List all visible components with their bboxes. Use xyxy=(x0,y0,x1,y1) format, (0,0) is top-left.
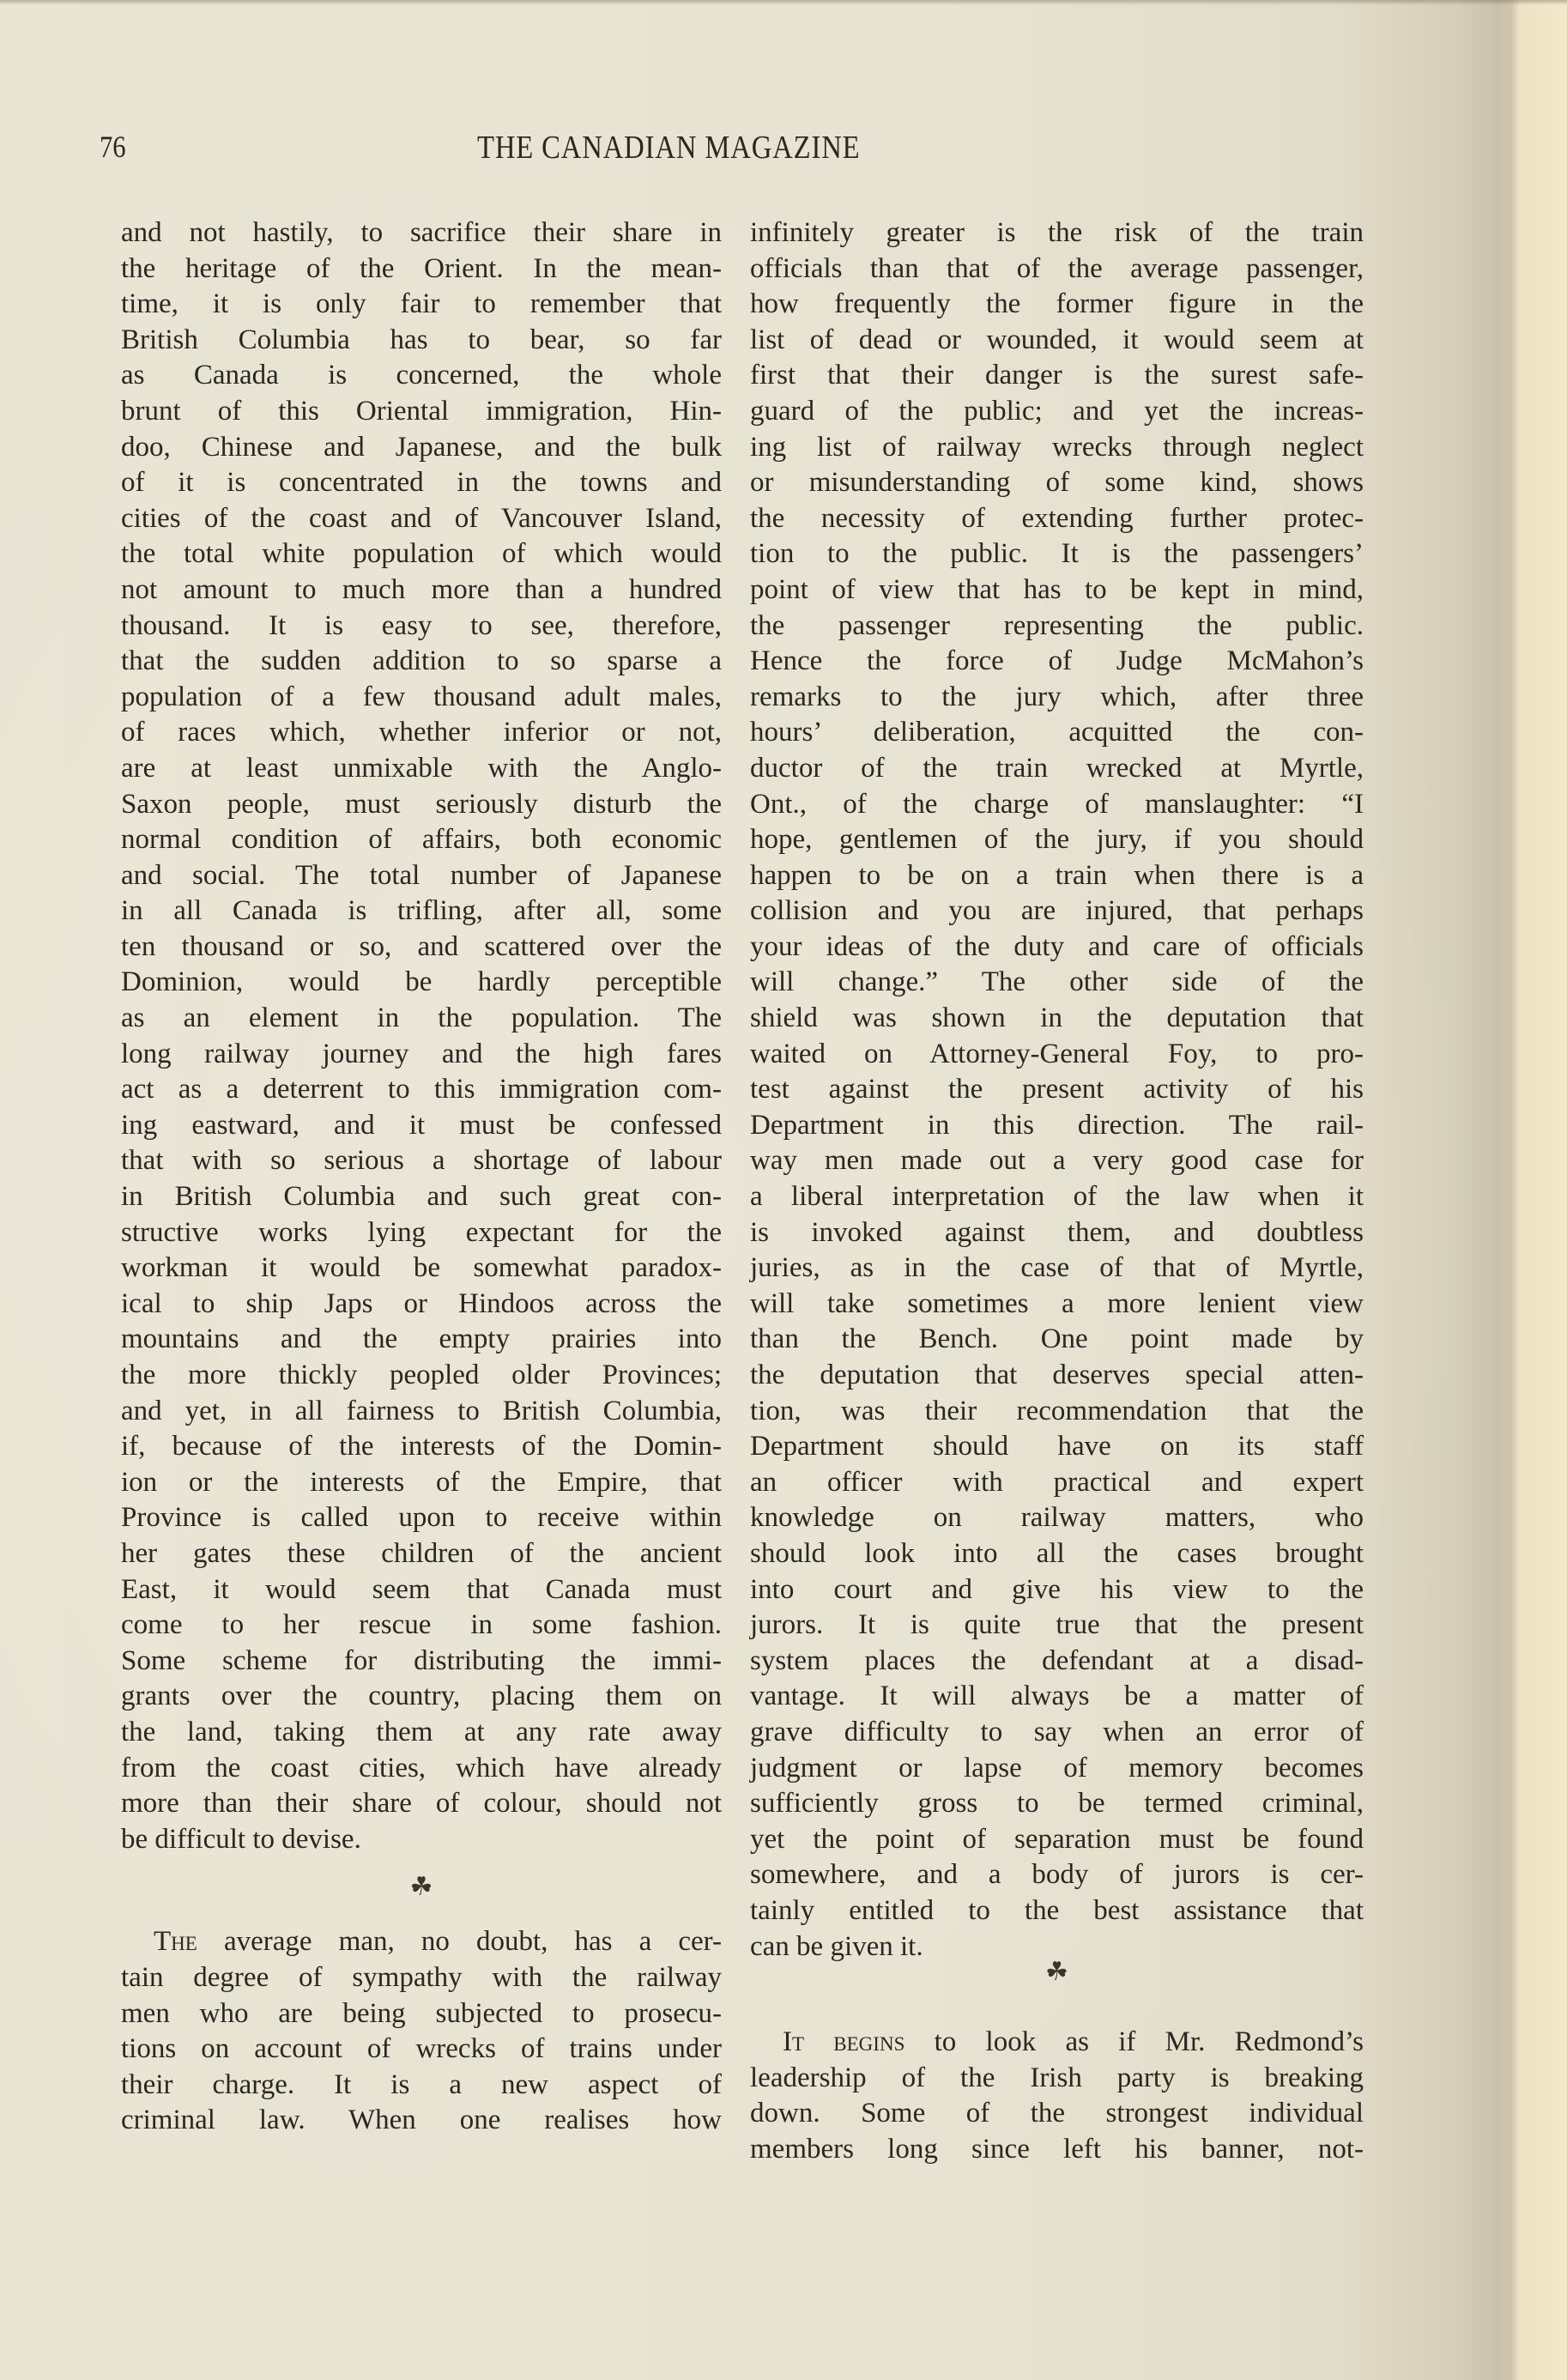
text-line: way men made out a very good case for xyxy=(750,1143,1364,1179)
text-line: leadership of the Irish party is breakin… xyxy=(750,2061,1364,2097)
text-line: brunt of this Oriental immigration, Hin- xyxy=(121,394,722,430)
running-title: THE CANADIAN MAGAZINE xyxy=(477,129,860,167)
text-line: the total white population of which woul… xyxy=(121,536,722,572)
text-line: how frequently the former figure in the xyxy=(750,287,1364,323)
text-line: judgment or lapse of memory becomes xyxy=(750,1751,1364,1787)
text-line: happen to be on a train when there is a xyxy=(750,858,1364,894)
text-line: ing eastward, and it must be confessed xyxy=(121,1108,722,1144)
text-line: guard of the public; and yet the increas… xyxy=(750,394,1364,430)
text-line: and not hastily, to sacrifice their shar… xyxy=(121,215,722,251)
text-line: the heritage of the Orient. In the mean- xyxy=(121,251,722,288)
text-line: grave difficulty to say when an error of xyxy=(750,1715,1364,1751)
text-line: that the sudden addition to so sparse a xyxy=(121,644,722,680)
text-line: not amount to much more than a hundred xyxy=(121,572,722,609)
text-line: The average man, no doubt, has a cer- xyxy=(121,1924,722,1960)
text-line: act as a deterrent to this immigration c… xyxy=(121,1072,722,1108)
text-line: Department in this direction. The rail- xyxy=(750,1108,1364,1144)
text-line: shield was shown in the deputation that xyxy=(750,1001,1364,1037)
text-line: tions on account of wrecks of trains und… xyxy=(121,2032,722,2068)
text-line: workman it would be somewhat paradox- xyxy=(121,1251,722,1287)
text-line: test against the present activity of his xyxy=(750,1072,1364,1108)
text-line: long railway journey and the high fares xyxy=(121,1037,722,1073)
text-line: normal condition of affairs, both econom… xyxy=(121,822,722,858)
text-line: first that their danger is the surest sa… xyxy=(750,358,1364,394)
text-line: your ideas of the duty and care of offic… xyxy=(750,930,1364,966)
right-column: infinitely greater is the risk of the tr… xyxy=(750,215,1364,2167)
text-line: tion, was their recommendation that the xyxy=(750,1394,1364,1430)
text-line: It begins to look as if Mr. Redmond’s xyxy=(750,2025,1364,2061)
text-line: sufficiently gross to be termed criminal… xyxy=(750,1786,1364,1822)
text-line: Hence the force of Judge McMahon’s xyxy=(750,644,1364,680)
text-line: waited on Attorney-General Foy, to pro- xyxy=(750,1037,1364,1073)
text-line: somewhere, and a body of jurors is cer- xyxy=(750,1857,1364,1893)
text-line: ten thousand or so, and scattered over t… xyxy=(121,930,722,966)
text-line: criminal law. When one realises how xyxy=(121,2103,722,2139)
left-column: and not hastily, to sacrifice their shar… xyxy=(121,215,722,2139)
text-line: as Canada is concerned, the whole xyxy=(121,358,722,394)
text-line: knowledge on railway matters, who xyxy=(750,1500,1364,1536)
text-line: an officer with practical and expert xyxy=(750,1465,1364,1501)
page-gutter-shadow xyxy=(1493,0,1519,2380)
text-line: time, it is only fair to remember that xyxy=(121,287,722,323)
text-line: down. Some of the strongest individual xyxy=(750,2096,1364,2132)
page-number: 76 xyxy=(100,129,126,165)
text-line: hope, gentlemen of the jury, if you shou… xyxy=(750,822,1364,858)
text-line: ductor of the train wrecked at Myrtle, xyxy=(750,751,1364,787)
text-line: tion to the public. It is the passengers… xyxy=(750,536,1364,572)
text-line: thousand. It is easy to see, therefore, xyxy=(121,609,722,645)
section-divider: ☘ xyxy=(121,1857,722,1924)
text-line: as an element in the population. The xyxy=(121,1001,722,1037)
text-line: in all Canada is trifling, after all, so… xyxy=(121,893,722,930)
text-line: be difficult to devise. xyxy=(121,1822,722,1858)
text-line: ical to ship Japs or Hindoos across the xyxy=(121,1287,722,1323)
text-line: a liberal interpretation of the law when… xyxy=(750,1179,1364,1215)
magazine-page: 76 THE CANADIAN MAGAZINE and not hastily… xyxy=(0,0,1567,2380)
text-line: into court and give his view to the xyxy=(750,1572,1364,1608)
text-line: more than their share of colour, should … xyxy=(121,1786,722,1822)
text-line: will take sometimes a more lenient view xyxy=(750,1287,1364,1323)
text-line: grants over the country, placing them on xyxy=(121,1679,722,1715)
drop-lead-word: The xyxy=(154,1926,197,1957)
text-line: ion or the interests of the Empire, that xyxy=(121,1465,722,1501)
text-line: will change.” The other side of the xyxy=(750,965,1364,1001)
text-line: tain degree of sympathy with the railway xyxy=(121,1960,722,1996)
paragraph-railway-prosecutions: The average man, no doubt, has a cer- ta… xyxy=(121,1924,722,2139)
text-line: the passenger representing the public. xyxy=(750,609,1364,645)
text-line: if, because of the interests of the Domi… xyxy=(121,1429,722,1465)
text-line: cities of the coast and of Vancouver Isl… xyxy=(121,501,722,537)
text-line: remarks to the jury which, after three xyxy=(750,680,1364,716)
text-line: in British Columbia and such great con- xyxy=(121,1179,722,1215)
text-line: system places the defendant at a disad- xyxy=(750,1644,1364,1680)
text-line: East, it would seem that Canada must xyxy=(121,1572,722,1608)
text-line: than the Bench. One point made by xyxy=(750,1322,1364,1358)
paragraph-railway-prosecutions-continued: infinitely greater is the risk of the tr… xyxy=(750,215,1364,1965)
shamrock-ornament-icon: ☘ xyxy=(410,1874,433,1900)
page-top-edge xyxy=(0,0,1567,5)
text-line: the more thickly peopled older Provinces… xyxy=(121,1358,722,1394)
text-line: doo, Chinese and Japanese, and the bulk xyxy=(121,430,722,466)
text-line: men who are being subjected to prosecu- xyxy=(121,1996,722,2032)
text-line: list of dead or wounded, it would seem a… xyxy=(750,323,1364,359)
text-line: Saxon people, must seriously disturb the xyxy=(121,787,722,823)
text-line: structive works lying expectant for the xyxy=(121,1215,722,1251)
text-line: the deputation that deserves special att… xyxy=(750,1358,1364,1394)
text-line: is invoked against them, and doubtless xyxy=(750,1215,1364,1251)
text-line: members long since left his banner, not- xyxy=(750,2132,1364,2168)
text-line: ing list of railway wrecks through negle… xyxy=(750,430,1364,466)
text-line: that with so serious a shortage of labou… xyxy=(121,1143,722,1179)
text-line: population of a few thousand adult males… xyxy=(121,680,722,716)
text-line: jurors. It is quite true that the presen… xyxy=(750,1608,1364,1644)
text-line: of it is concentrated in the towns and xyxy=(121,465,722,501)
text-line: mountains and the empty prairies into xyxy=(121,1322,722,1358)
paragraph-redmond-leadership: It begins to look as if Mr. Redmond’s le… xyxy=(750,2025,1364,2167)
text-line: from the coast cities, which have alread… xyxy=(121,1751,722,1787)
text-line: yet the point of separation must be foun… xyxy=(750,1822,1364,1858)
text-line: vantage. It will always be a matter of xyxy=(750,1679,1364,1715)
text-line: Dominion, would be hardly perceptible xyxy=(121,965,722,1001)
text-line: Some scheme for distributing the immi- xyxy=(121,1644,722,1680)
text-line: the land, taking them at any rate away xyxy=(121,1715,722,1751)
text-line: Department should have on its staff xyxy=(750,1429,1364,1465)
drop-lead-word: It begins xyxy=(783,2026,905,2057)
text-line: tainly entitled to the best assistance t… xyxy=(750,1893,1364,1929)
text-line: or misunderstanding of some kind, shows xyxy=(750,465,1364,501)
text-line: and yet, in all fairness to British Colu… xyxy=(121,1394,722,1430)
text-line: juries, as in the case of that of Myrtle… xyxy=(750,1251,1364,1287)
text-line: officials than that of the average passe… xyxy=(750,251,1364,288)
text-line: infinitely greater is the risk of the tr… xyxy=(750,215,1364,251)
text-line: of races which, whether inferior or not, xyxy=(121,715,722,751)
text-line: should look into all the cases brought xyxy=(750,1536,1364,1572)
text-line: the necessity of extending further prote… xyxy=(750,501,1364,537)
text-line: British Columbia has to bear, so far xyxy=(121,323,722,359)
text-line: Province is called upon to receive withi… xyxy=(121,1500,722,1536)
text-line: hours’ deliberation, acquitted the con- xyxy=(750,715,1364,751)
text-line: Ont., of the charge of manslaughter: “I xyxy=(750,787,1364,823)
text-line: her gates these children of the ancient xyxy=(121,1536,722,1572)
text-line: their charge. It is a new aspect of xyxy=(121,2068,722,2104)
text-line: come to her rescue in some fashion. xyxy=(121,1608,722,1644)
section-divider: ☘ xyxy=(750,1965,1364,2025)
paragraph-oriental-immigration: and not hastily, to sacrifice their shar… xyxy=(121,215,722,1857)
text-line: and social. The total number of Japanese xyxy=(121,858,722,894)
shamrock-ornament-icon: ☘ xyxy=(1045,1959,1068,1985)
text-line: collision and you are injured, that perh… xyxy=(750,893,1364,930)
page-header: 76 THE CANADIAN MAGAZINE xyxy=(0,129,1567,172)
text-line: point of view that has to be kept in min… xyxy=(750,572,1364,609)
text-line: are at least unmixable with the Anglo- xyxy=(121,751,722,787)
